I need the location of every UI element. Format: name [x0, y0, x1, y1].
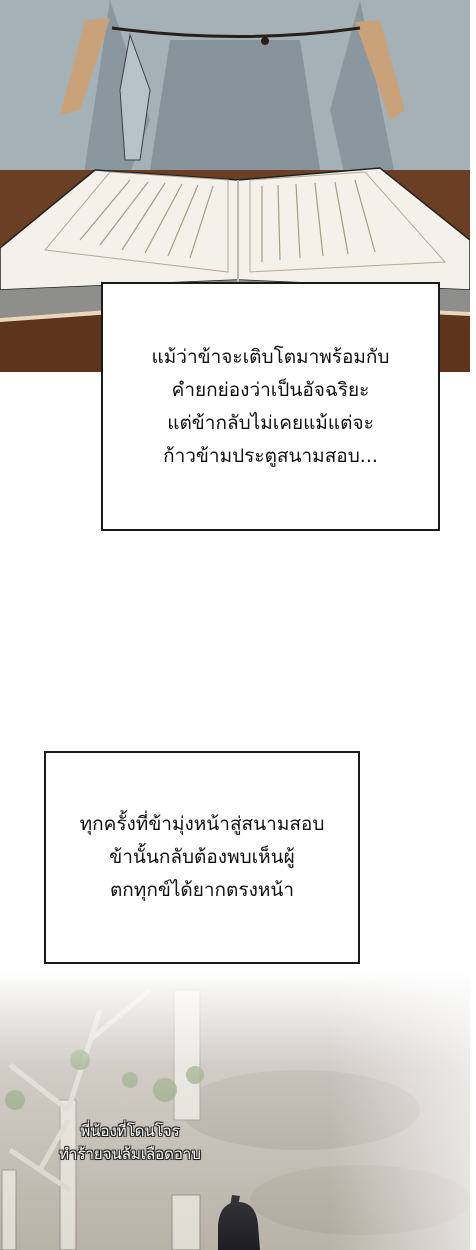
forest-illustration: [0, 970, 470, 1250]
narration-line-1: พี่น้องที่โดนโจร: [30, 1120, 230, 1143]
caption-box-1: แม้ว่าข้าจะเติบโตมาพร้อมกับ คำยกย่องว่าเ…: [101, 282, 440, 531]
caption-box-2: ทุกครั้งที่ข้ามุ่งหน้าสู่สนามสอบ ข้านั้น…: [44, 751, 360, 964]
caption-1-line-3: แต่ข้ากลับไม่เคยแม้แต่จะ: [167, 407, 374, 440]
scene-narration-text: พี่น้องที่โดนโจร ทำร้ายจนล้มเลือดอาบ: [30, 1120, 230, 1166]
caption-2-line-2: ข้านั้นกลับต้องพบเห็นผู้: [109, 841, 295, 874]
caption-1-line-1: แม้ว่าข้าจะเติบโตมาพร้อมกับ: [152, 341, 390, 374]
caption-2-line-3: ตกทุกข์ได้ยากตรงหน้า: [110, 874, 294, 907]
narration-line-2: ทำร้ายจนล้มเลือดอาบ: [30, 1143, 230, 1166]
panel-misty-forest: [0, 970, 470, 1250]
caption-1-line-2: คำยกย่องว่าเป็นอัจฉริยะ: [172, 374, 370, 407]
caption-2-line-1: ทุกครั้งที่ข้ามุ่งหน้าสู่สนามสอบ: [80, 808, 325, 841]
caption-1-line-4: ก้าวข้ามประตูสนามสอบ...: [163, 440, 378, 473]
